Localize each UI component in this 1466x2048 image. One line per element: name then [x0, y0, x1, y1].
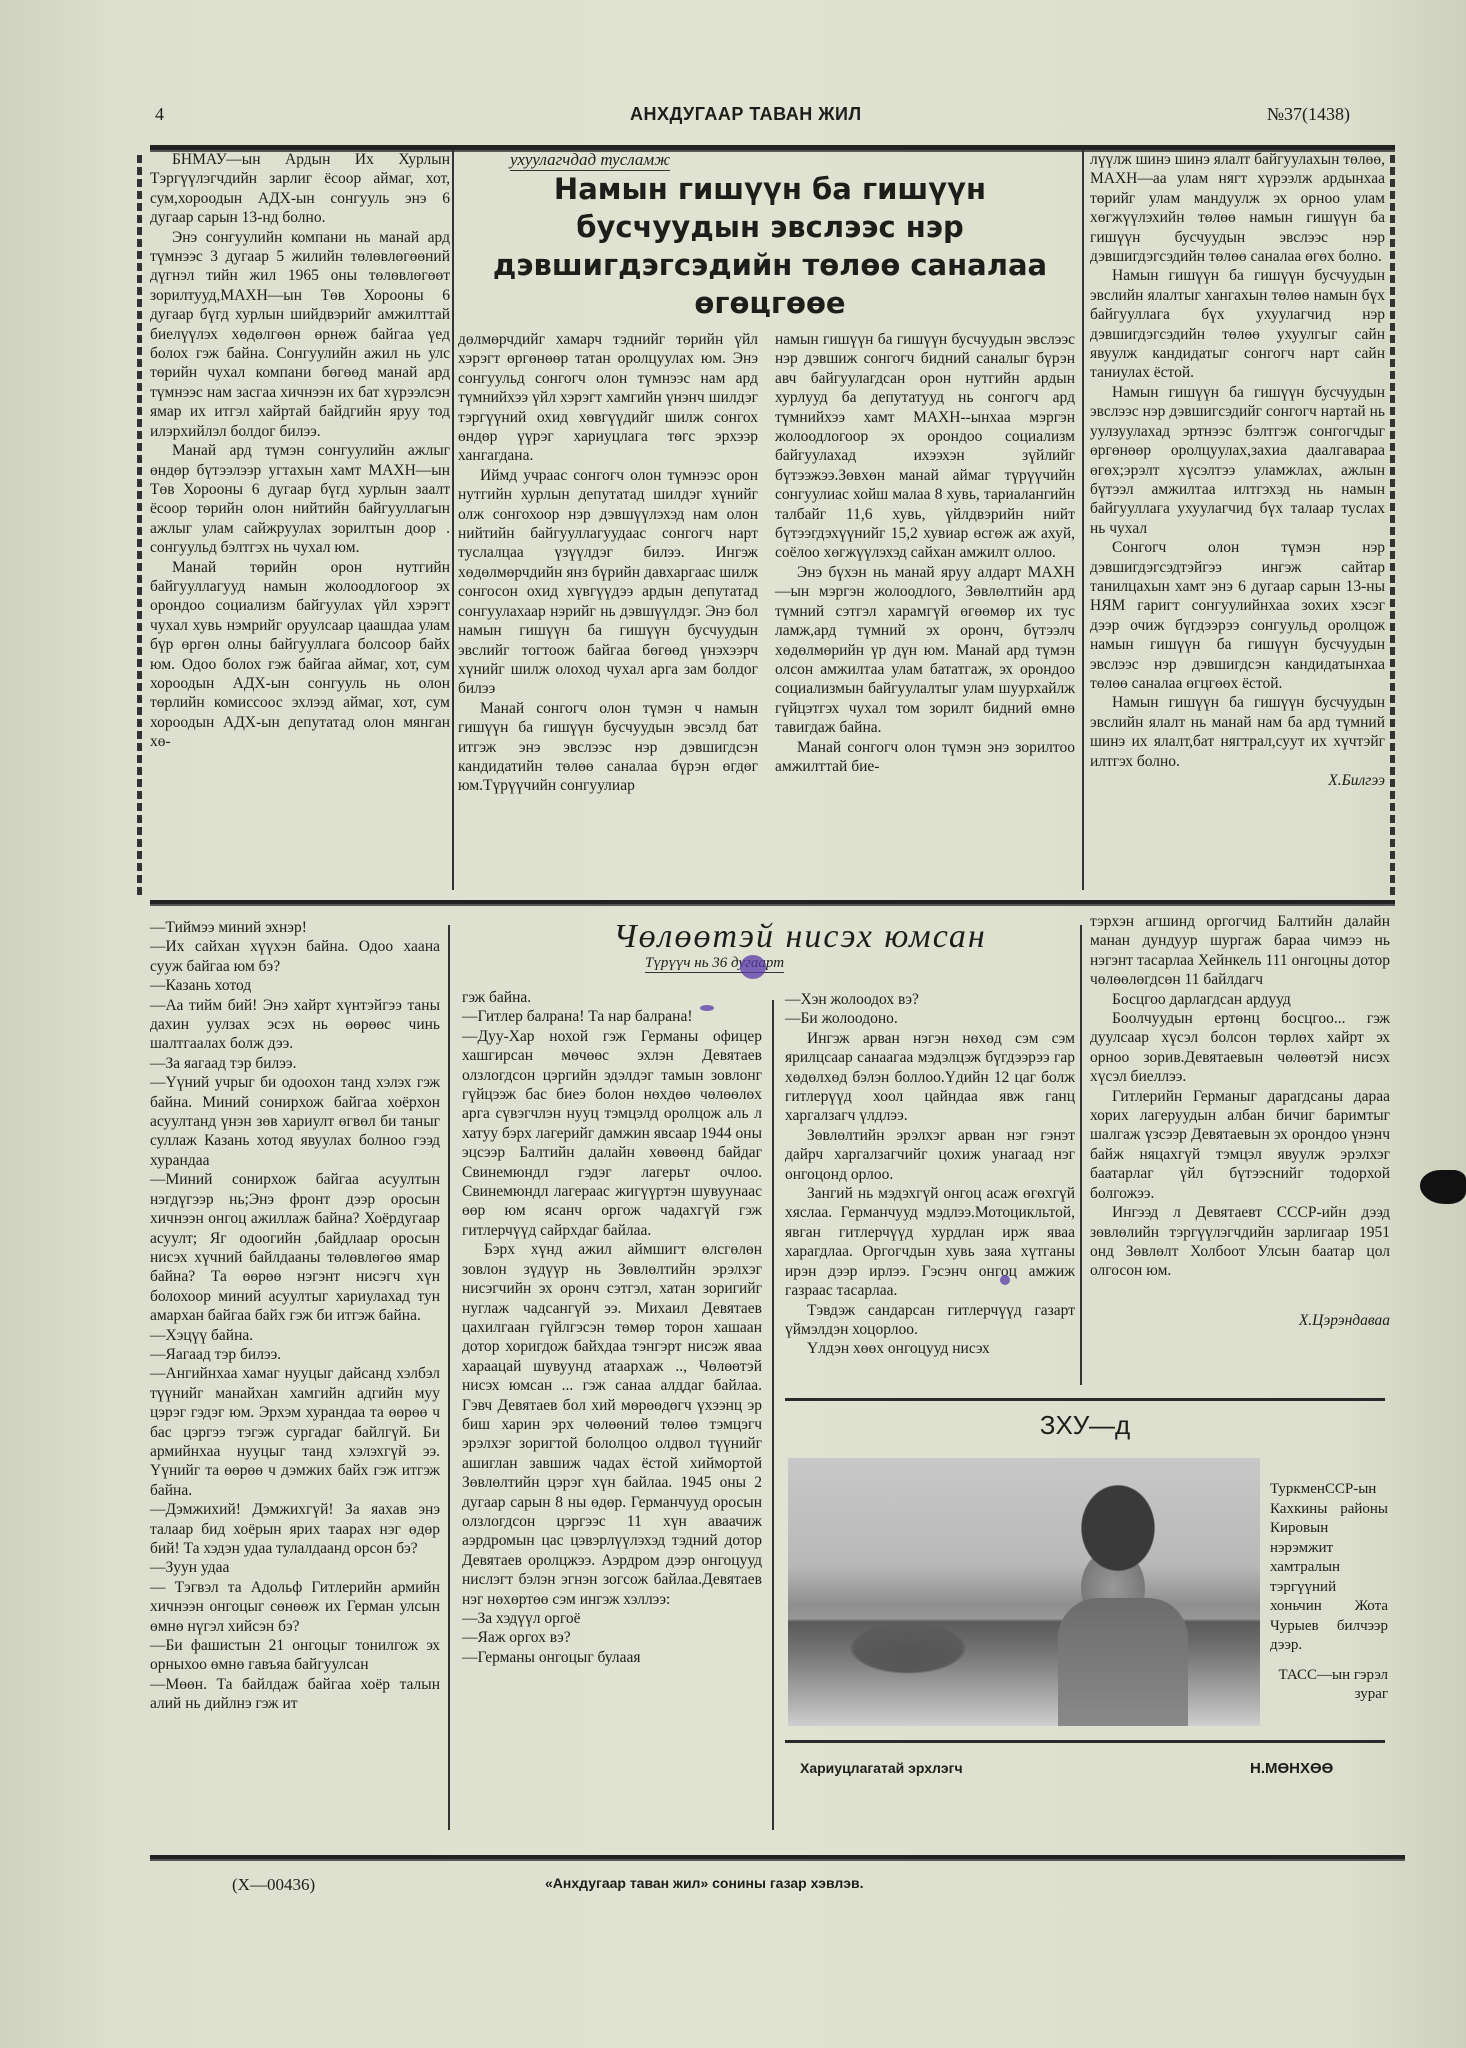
dialogue-line: —Тиймээ миний эхнэр! — [150, 918, 440, 937]
page-number: 4 — [155, 104, 164, 125]
photo-credit: ТАСС—ын гэрэл зураг — [1270, 1666, 1388, 1705]
right-dashed-border — [1390, 155, 1395, 895]
paragraph: Ингэж арван нэгэн нөхөд сэм сэм ярилцсаа… — [785, 1029, 1075, 1126]
dialogue-line: —Мөөн. Та байлдаж байгаа хоёр талын алий… — [150, 1675, 440, 1714]
paragraph: дөлмөрчдийг хамарч тэднийг төрийн үйл хэ… — [458, 330, 758, 466]
paragraph: Зангий нь мэдэхгүй онгоц асаж өгөхгүй хя… — [785, 1184, 1075, 1300]
article2-column-2: гэж байна. —Гитлер балрана! Та нар балра… — [462, 988, 762, 1667]
dialogue-line: —Яагаад тэр билээ. — [150, 1345, 440, 1364]
ink-stain — [1000, 1275, 1010, 1285]
paragraph: намын гишүүн ба гишүүн бусчуудын эвслээс… — [775, 330, 1075, 563]
masthead: 4 АНХДУГААР ТАВАН ЖИЛ №37(1438) — [150, 100, 1350, 140]
paragraph: гэж байна. — [462, 988, 762, 1007]
dialogue-line: —Дэмжихий! Дэмжихгүй! За яахав энэ талаа… — [150, 1500, 440, 1558]
article1-column-4: лүүлж шинэ шинэ ялалт байгуулахын төлөө,… — [1090, 150, 1385, 790]
print-code: (Х—00436) — [232, 1875, 315, 1895]
article1-column-2: дөлмөрчдийг хамарч тэднийг төрийн үйл хэ… — [458, 330, 758, 796]
paragraph: Босцгоо дарлагдсан ардууд — [1090, 990, 1390, 1009]
paragraph: Энэ бүхэн нь манай яруу алдарт МАХН—ын м… — [775, 563, 1075, 738]
ink-blot — [1420, 1170, 1466, 1204]
paragraph: Манай сонгогч олон түмэн энэ зорилтоо ам… — [775, 738, 1075, 777]
dialogue-line: —За яагаад тэр билээ. — [150, 1054, 440, 1073]
photo-caption: ТуркменССР-ын Кахкины районы Кировын нэр… — [1270, 1480, 1388, 1705]
paragraph: Гитлерийн Германыг дарагдсаны дараа хори… — [1090, 1087, 1390, 1203]
paragraph: Ингээд л Девятаевт СССР-ийн дээд зөвлөли… — [1090, 1203, 1390, 1281]
paragraph: БНМАУ—ын Ардын Их Хурлын Тэргүүлэгчдийн … — [150, 150, 450, 228]
paragraph: Зөвлөлтийн эрэлхэг арван нэг гэнэт дайрч… — [785, 1126, 1075, 1184]
newspaper-page: 4 АНХДУГААР ТАВАН ЖИЛ №37(1438) ухуулагч… — [0, 0, 1466, 2048]
left-dashed-border — [137, 155, 142, 895]
column-divider — [772, 1000, 774, 1830]
paragraph: лүүлж шинэ шинэ ялалт байгуулахын төлөө,… — [1090, 150, 1385, 266]
paragraph: Намын гишүүн ба гишүүн бусчуудын эвслийн… — [1090, 266, 1385, 382]
dialogue-line: —Гитлер балрана! Та нар балрана! — [462, 1007, 762, 1026]
paragraph: тэрхэн агшинд оргогчид Балтийн далайн ма… — [1090, 912, 1390, 990]
ink-stain — [700, 1005, 714, 1011]
paragraph: Боолчуудын ертөнц босцгоо... гэж дуулсаа… — [1090, 1009, 1390, 1087]
dialogue-line: —Казань хотод — [150, 976, 440, 995]
dialogue-line: —Хэн жолоодох вэ? — [785, 990, 1075, 1009]
article1-column-3: намын гишүүн ба гишүүн бусчуудын эвслээс… — [775, 330, 1075, 776]
paragraph: Намын гишүүн ба гишүүн бусчуудын эвслээс… — [1090, 383, 1385, 538]
caption-text: ТуркменССР-ын Кахкины районы Кировын нэр… — [1270, 1480, 1388, 1656]
photo-section-title: ЗХУ—д — [785, 1410, 1385, 1441]
paragraph: Үлдэн хөөх онгоцууд нисэх — [785, 1339, 1075, 1358]
dialogue-line: —Германы онгоцыг булаая — [462, 1648, 762, 1667]
editor-name: Н.МӨНХӨӨ — [1250, 1760, 1333, 1777]
paragraph: Сонгогч олон түмэн нэр дэвшигдэгсэдтэйгэ… — [1090, 538, 1385, 693]
column-divider — [452, 150, 454, 890]
bottom-rule — [150, 1855, 1405, 1861]
shepherd-figure — [1058, 1598, 1188, 1726]
dialogue-line: —Зуун удаа — [150, 1558, 440, 1577]
paragraph: Манай ард түмэн сонгуулийн ажлыг өндөр б… — [150, 441, 450, 557]
article2-column-1: —Тиймээ миний эхнэр! —Их сайхан хүүхэн б… — [150, 918, 440, 1714]
dialogue-line: —Яаж оргох вэ? — [462, 1628, 762, 1647]
editor-role: Хариуцлагатай эрхлэгч — [800, 1760, 963, 1776]
article1-byline: Х.Билгээ — [1090, 771, 1385, 790]
paragraph: Энэ сонгуулийн компани нь манай ард түмн… — [150, 228, 450, 441]
ink-stain — [740, 955, 766, 979]
article2-column-4: тэрхэн агшинд оргогчид Балтийн далайн ма… — [1090, 912, 1390, 1330]
article1-kicker: ухуулагчдад тусламж — [510, 150, 670, 171]
dialogue-line: —Дуу-Хар нохой гэж Германы офицер хашгир… — [462, 1027, 762, 1240]
paragraph: Бэрх хүнд ажил аймшигт өлсгөлөн зовлон з… — [462, 1240, 762, 1609]
paragraph: Манай төрийн орон нутгийн байгууллагууд … — [150, 558, 450, 752]
dialogue-line: — Тэгвэл та Адольф Гитлерийн армийн хичн… — [150, 1578, 440, 1636]
article1-column-1: БНМАУ—ын Ардын Их Хурлын Тэргүүлэгчдийн … — [150, 150, 450, 752]
paragraph: Иймд учраас сонгогч олон түмнээс орон ну… — [458, 466, 758, 699]
dialogue-line: —Ангийнхаа хамаг нууцыг дайсанд хэлбэл т… — [150, 1364, 440, 1500]
dialogue-line: —Аа тийм бий! Энэ хайрт хүнтэйгээ таны д… — [150, 996, 440, 1054]
article2-title: Чөлөөтэй нисэх юмсан — [560, 918, 1040, 956]
dialogue-line: —Хэцүү байна. — [150, 1326, 440, 1345]
paragraph: Намын гишүүн ба гишүүн бусчуудын эвслийн… — [1090, 693, 1385, 771]
paragraph: Манай сонгогч олон түмэн ч намын гишүүн … — [458, 699, 758, 796]
dialogue-line: —Би фашистын 21 онгоцыг тонилгож эх орны… — [150, 1636, 440, 1675]
article2-byline: Х.Цэрэндаваа — [1090, 1311, 1390, 1330]
article2-column-3: —Хэн жолоодох вэ? —Би жолоодоно. Ингэж а… — [785, 990, 1075, 1359]
dialogue-line: —Би жолоодоно. — [785, 1009, 1075, 1028]
shepherd-photo — [788, 1458, 1260, 1726]
newspaper-title: АНХДУГААР ТАВАН ЖИЛ — [630, 104, 862, 125]
dialogue-line: —За хэдүүл оргоё — [462, 1609, 762, 1628]
issue-number: №37(1438) — [1267, 104, 1350, 125]
dialogue-line: —Их сайхан хүүхэн байна. Одоо хаана сууж… — [150, 937, 440, 976]
column-divider — [1080, 925, 1082, 1385]
print-note: «Анхдугаар таван жил» сонины газар хэвлэ… — [545, 1875, 864, 1891]
column-divider — [1082, 150, 1084, 890]
article1-headline: Намын гишүүн ба гишүүн бусчуудын эвслээс… — [480, 170, 1060, 322]
editor-rule — [785, 1740, 1385, 1743]
column-divider — [448, 925, 450, 1830]
dialogue-line: —Миний сонирхож байгаа асуултын нэгдүгээ… — [150, 1170, 440, 1325]
dialogue-line: —Үүний учрыг би одоохон танд хэлэх гэж б… — [150, 1073, 440, 1170]
paragraph: Тэвдэж сандарсан гитлерчүүд газарт үймэл… — [785, 1301, 1075, 1340]
section-rule — [150, 900, 1395, 906]
photo-section-rule — [785, 1398, 1385, 1401]
